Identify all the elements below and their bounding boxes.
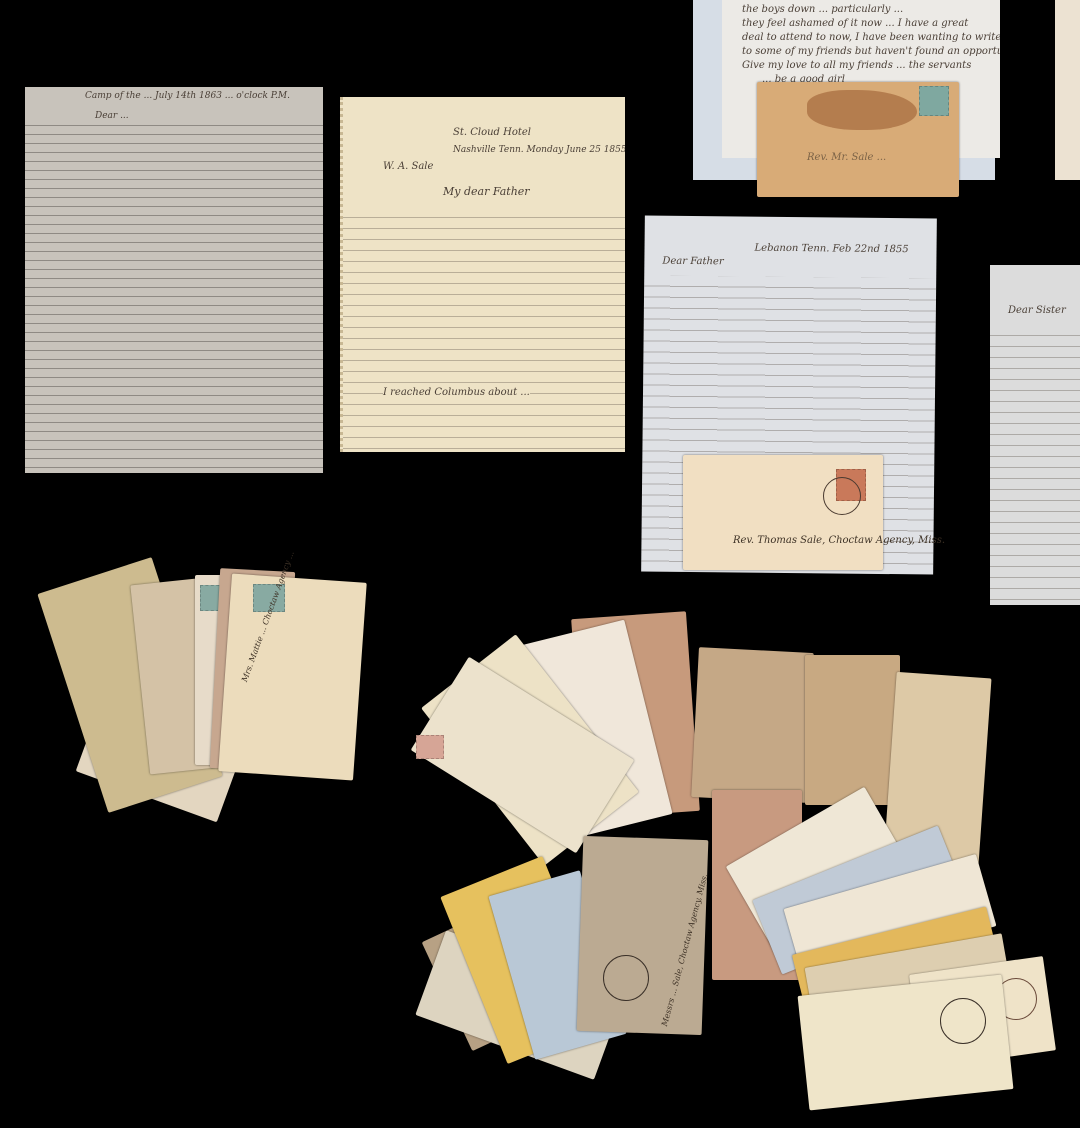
postmark-lebanon	[940, 998, 986, 1044]
stamp-green	[919, 86, 949, 116]
letter-heading: Lebanon Tenn. Feb 22nd 1855	[754, 243, 908, 256]
letter-edge-top-right	[1055, 0, 1080, 180]
letter-line: I reached Columbus about ...	[383, 387, 530, 398]
letter-line: the boys down ... particularly ...	[742, 4, 903, 15]
letter-salutation: My dear Father	[443, 185, 530, 198]
water-stain	[807, 90, 917, 130]
letter-heading: Camp of the ... July 14th 1863 ... o'clo…	[85, 91, 290, 101]
envelope-front	[798, 975, 1014, 1111]
letter-salutation: Dear ...	[95, 111, 129, 121]
handwriting-lines	[25, 117, 323, 473]
stamp-red-x	[416, 735, 444, 759]
letter-salutation: Dear Sister	[1008, 305, 1066, 316]
letter-line: deal to attend to now, I have been wanti…	[742, 32, 1000, 43]
letter-signature: W. A. Sale	[383, 161, 433, 172]
envelope	[805, 655, 900, 805]
envelope-lebanon: Rev. Thomas Sale, Choctaw Agency, Miss.	[683, 455, 883, 570]
letter-page-center: St. Cloud Hotel Nashville Tenn. Monday J…	[340, 97, 625, 452]
handwriting-lines	[990, 325, 1080, 605]
letter-line: they feel ashamed of it now ... I have a…	[742, 18, 968, 29]
postmark	[603, 955, 649, 1001]
letter-page-far-right: Dear Sister	[990, 265, 1080, 605]
handwriting-lines	[343, 207, 625, 452]
postmark	[823, 477, 861, 515]
envelope-address: Rev. Mr. Sale ...	[807, 152, 886, 163]
letter-salutation: Dear Father	[662, 256, 723, 268]
envelope	[691, 647, 814, 803]
letter-place-date: Nashville Tenn. Monday June 25 1855	[453, 145, 625, 155]
envelope-address: Rev. Thomas Sale, Choctaw Agency, Miss.	[733, 535, 945, 546]
letter-page-left: Camp of the ... July 14th 1863 ... o'clo…	[25, 87, 323, 473]
envelope-stained: Rev. Mr. Sale ...	[757, 82, 959, 197]
letter-line: to some of my friends but haven't found …	[742, 46, 1000, 57]
letter-line: Give my love to all my friends ... the s…	[742, 60, 971, 71]
letter-heading: St. Cloud Hotel	[453, 127, 531, 138]
